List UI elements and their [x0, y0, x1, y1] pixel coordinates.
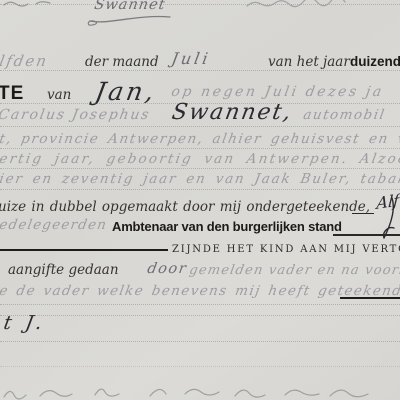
annotation-underline-flourish — [86, 12, 176, 28]
child-name-handwritten: Jan, — [93, 77, 159, 106]
body-clause-handwritten: t, provincie Antwerpen, alhier gehuisves… — [0, 131, 400, 147]
printed-duizend: duizend — [350, 54, 400, 69]
printed-van: van — [47, 87, 71, 103]
illegible-handwriting-fragment — [0, 384, 400, 400]
door-handwritten: door — [146, 261, 189, 277]
printed-akte-fragment: TE — [0, 83, 24, 105]
printed-ambtenaar-title: Ambtenaar van den burgerlijken stand — [112, 219, 342, 234]
ruled-line — [0, 126, 400, 127]
father-occupation-handwritten: automobil — [302, 107, 387, 123]
printed-der-maand: der maand — [85, 54, 159, 70]
month-handwritten: Juli — [170, 49, 212, 68]
printed-deed-clause: uize in dubbel opgemaakt door mij onderg… — [0, 199, 370, 215]
fill-in-rule — [340, 297, 400, 299]
body-clause-handwritten: ertig jaar, geboortig van Antwerpen. Alz… — [0, 151, 400, 167]
printed-kind-vertoond-clause: ZIJNDE HET KIND AAN MIJ VERTOOND — [172, 244, 400, 255]
fill-in-rule — [333, 234, 400, 236]
birth-date-clause-handwritten: op negen Juli dezes ja — [170, 84, 385, 100]
father-surname-handwritten: Swannet, — [170, 100, 295, 125]
ruled-line — [0, 304, 400, 305]
ruled-line — [0, 189, 400, 190]
father-firstnames-handwritten: Carolus Josephus — [0, 107, 152, 123]
ruled-line — [0, 366, 400, 367]
illegible-handwriting-fragment — [245, 0, 357, 9]
gedelegeerden-handwritten: edelegeerden — [0, 217, 109, 233]
day-handwritten: lfden — [0, 52, 50, 70]
printed-aangifte-gedaan: aangifte gedaan — [8, 262, 119, 278]
ruled-line — [0, 315, 400, 316]
scanned-civil-registry-document: Swannet lfden der maand Juli van het jaa… — [0, 0, 400, 400]
fill-in-rule — [352, 213, 374, 214]
declarant-clause-handwritten: gemelden vader en na voorlez — [188, 263, 400, 278]
signature-fragment-handwritten: t J. — [2, 312, 48, 334]
illegible-handwriting-fragment — [2, 0, 54, 8]
separator-rule — [0, 249, 168, 251]
body-clause-handwritten: ier en zeventig jaar en van Jaak Buler, … — [0, 171, 400, 187]
ruled-line — [0, 168, 400, 169]
ruled-line — [0, 148, 400, 149]
ruled-line — [0, 341, 400, 342]
printed-van-het-jaar: van het jaar — [268, 54, 350, 70]
ruled-line — [0, 70, 400, 71]
